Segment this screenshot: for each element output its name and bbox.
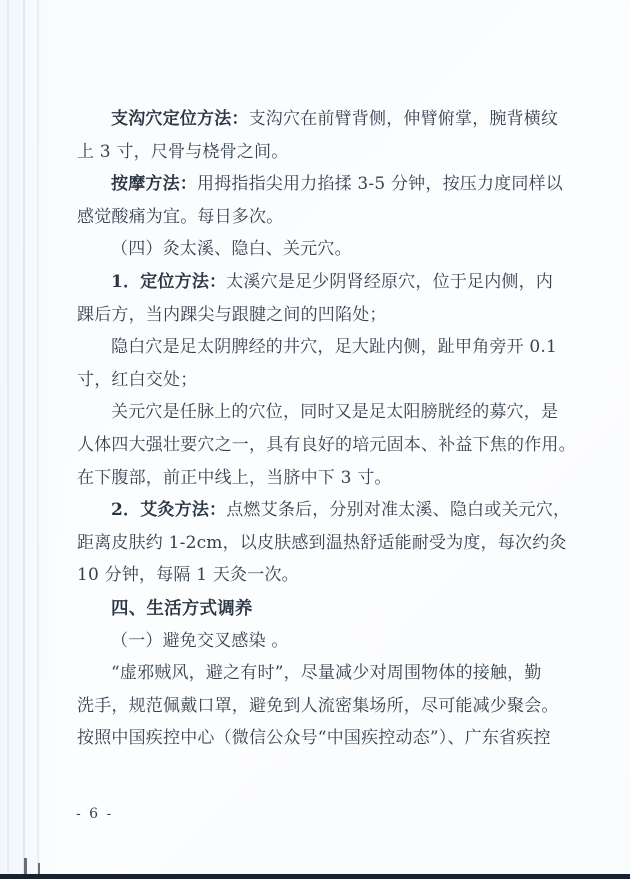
section-heading: 四、生活方式调养: [77, 592, 577, 625]
text-line: 支沟穴定位方法：支沟穴在前臂背侧，伸臂俯掌，腕背横纹: [77, 103, 577, 136]
bold-lead: 按摩方法：: [111, 174, 197, 194]
text-run: 支沟穴在前臂背侧，伸臂俯掌，腕背横纹: [249, 109, 559, 129]
text-run: （四）灸太溪、隐白、关元穴。: [111, 239, 352, 259]
text-line: 踝后方，当内踝尖与跟腱之间的凹陷处；: [77, 299, 577, 332]
text-line: 距离皮肤约 1-2cm，以皮肤感到温热舒适能耐受为度，每次约灸: [77, 527, 577, 560]
text-line: 1．定位方法：太溪穴是足少阴肾经原穴，位于足内侧，内: [77, 266, 577, 299]
scan-bottom-edge: [0, 874, 630, 879]
scan-artifact-line: [37, 0, 39, 879]
text-line: 洗手，规范佩戴口罩，避免到人流密集场所，尽可能减少聚会。: [77, 690, 577, 723]
text-line: （四）灸太溪、隐白、关元穴。: [77, 233, 577, 266]
text-line: 感觉酸痛为宜。每日多次。: [77, 201, 577, 234]
text-run: 踝后方，当内踝尖与跟腱之间的凹陷处；: [77, 305, 387, 325]
page-number: - 6 -: [76, 806, 113, 822]
text-line: 2．艾灸方法：点燃艾条后，分别对准太溪、隐白或关元穴，: [77, 494, 577, 527]
text-run: 四、生活方式调养: [111, 598, 253, 618]
text-run: 隐白穴是足太阴脾经的井穴，足大趾内侧，趾甲角旁开 0.1: [111, 337, 557, 357]
scanned-document-page: 支沟穴定位方法：支沟穴在前臂背侧，伸臂俯掌，腕背横纹 上 3 寸，尺骨与桡骨之间…: [0, 0, 630, 879]
scan-artifact-line: [23, 0, 25, 879]
text-line: “虚邪贼风，避之有时”，尽量减少对周围物体的接触，勤: [77, 657, 577, 690]
text-run: 点燃艾条后，分别对准太溪、隐白或关元穴，: [226, 500, 570, 520]
text-run: 距离皮肤约 1-2cm，以皮肤感到温热舒适能耐受为度，每次约灸: [77, 533, 567, 553]
scan-left-tint: [0, 0, 62, 879]
bold-lead: 1．定位方法：: [111, 272, 226, 292]
text-run: 10 分钟，每隔 1 天灸一次。: [77, 565, 299, 585]
text-run: 上 3 寸，尺骨与桡骨之间。: [77, 142, 288, 162]
text-line: 人体四大强壮要穴之一，具有良好的培元固本、补益下焦的作用。: [77, 429, 577, 462]
text-run: 寸，红白交处；: [77, 370, 197, 390]
text-run: 按照中国疾控中心（微信公众号“中国疾控动态”）、广东省疾控: [77, 728, 551, 748]
text-line: 寸，红白交处；: [77, 364, 577, 397]
text-run: 关元穴是任脉上的穴位，同时又是足太阳膀胱经的募穴，是: [111, 402, 558, 422]
text-run: 太溪穴是足少阴肾经原穴，位于足内侧，内: [226, 272, 553, 292]
text-run: 人体四大强壮要穴之一，具有良好的培元固本、补益下焦的作用。: [77, 435, 576, 455]
scan-artifact-line: [7, 0, 9, 879]
document-body: 支沟穴定位方法：支沟穴在前臂背侧，伸臂俯掌，腕背横纹 上 3 寸，尺骨与桡骨之间…: [77, 103, 577, 755]
text-run: （一）避免交叉感染 。: [111, 631, 289, 651]
scan-artifact-mark: [24, 858, 27, 874]
text-line: 关元穴是任脉上的穴位，同时又是足太阳膀胱经的募穴，是: [77, 396, 577, 429]
scan-artifact-mark: [38, 863, 40, 874]
text-line: 按照中国疾控中心（微信公众号“中国疾控动态”）、广东省疾控: [77, 722, 577, 755]
bold-lead: 2．艾灸方法：: [111, 500, 226, 520]
text-line: （一）避免交叉感染 。: [77, 625, 577, 658]
bold-lead: 支沟穴定位方法：: [111, 109, 249, 129]
text-line: 上 3 寸，尺骨与桡骨之间。: [77, 136, 577, 169]
text-run: 在下腹部，前正中线上，当脐中下 3 寸。: [77, 468, 392, 488]
text-run: 洗手，规范佩戴口罩，避免到人流密集场所，尽可能减少聚会。: [77, 696, 559, 716]
text-line: 10 分钟，每隔 1 天灸一次。: [77, 559, 577, 592]
text-line: 在下腹部，前正中线上，当脐中下 3 寸。: [77, 462, 577, 495]
text-line: 隐白穴是足太阴脾经的井穴，足大趾内侧，趾甲角旁开 0.1: [77, 331, 577, 364]
text-run: 感觉酸痛为宜。每日多次。: [77, 207, 283, 227]
text-run: 用拇指指尖用力掐揉 3-5 分钟，按压力度同样以: [197, 174, 563, 194]
text-line: 按摩方法：用拇指指尖用力掐揉 3-5 分钟，按压力度同样以: [77, 168, 577, 201]
text-run: “虚邪贼风，避之有时”，尽量减少对周围物体的接触，勤: [111, 663, 542, 683]
